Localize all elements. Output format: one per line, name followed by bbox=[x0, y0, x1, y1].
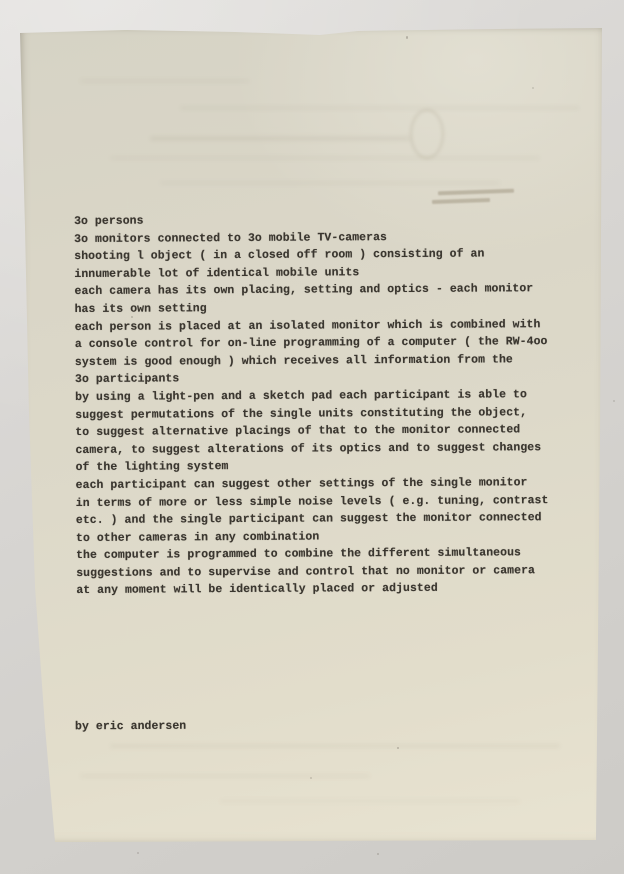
typed-line: camera, to suggest alterations of its op… bbox=[75, 439, 575, 460]
typed-line: suggestions and to supervise and control… bbox=[76, 562, 576, 583]
paper-sheet: 3o persons3o monitors connected to 3o mo… bbox=[20, 27, 603, 843]
typed-line: each camera has its own placing, setting… bbox=[74, 280, 574, 301]
showthrough-smudge bbox=[80, 79, 250, 83]
dust-speck bbox=[310, 777, 312, 779]
showthrough-smudge bbox=[160, 181, 500, 185]
faint-stamp-mark bbox=[432, 198, 490, 204]
showthrough-smudge bbox=[80, 774, 370, 778]
dust-speck bbox=[137, 852, 139, 854]
typed-line: etc. ) and the single participant can su… bbox=[76, 509, 576, 530]
dust-speck bbox=[613, 400, 615, 402]
showthrough-smudge bbox=[180, 106, 580, 110]
showthrough-smudge bbox=[220, 799, 520, 803]
showthrough-smudge bbox=[110, 156, 540, 160]
showthrough-ring bbox=[410, 109, 444, 159]
faint-stamp-mark bbox=[438, 189, 514, 196]
typed-line: system is good enough ) which receives a… bbox=[75, 351, 575, 372]
dust-speck bbox=[532, 87, 534, 89]
photo-of-document: 3o persons3o monitors connected to 3o mo… bbox=[0, 0, 624, 874]
typed-line: at any moment will be identically placed… bbox=[76, 579, 576, 600]
dust-speck bbox=[397, 747, 399, 749]
showthrough-smudge bbox=[110, 744, 560, 748]
typed-text-block: 3o persons3o monitors connected to 3o mo… bbox=[74, 210, 576, 600]
author-byline: by eric andersen bbox=[75, 720, 186, 734]
dust-speck bbox=[377, 853, 379, 855]
showthrough-smudge bbox=[150, 136, 410, 141]
